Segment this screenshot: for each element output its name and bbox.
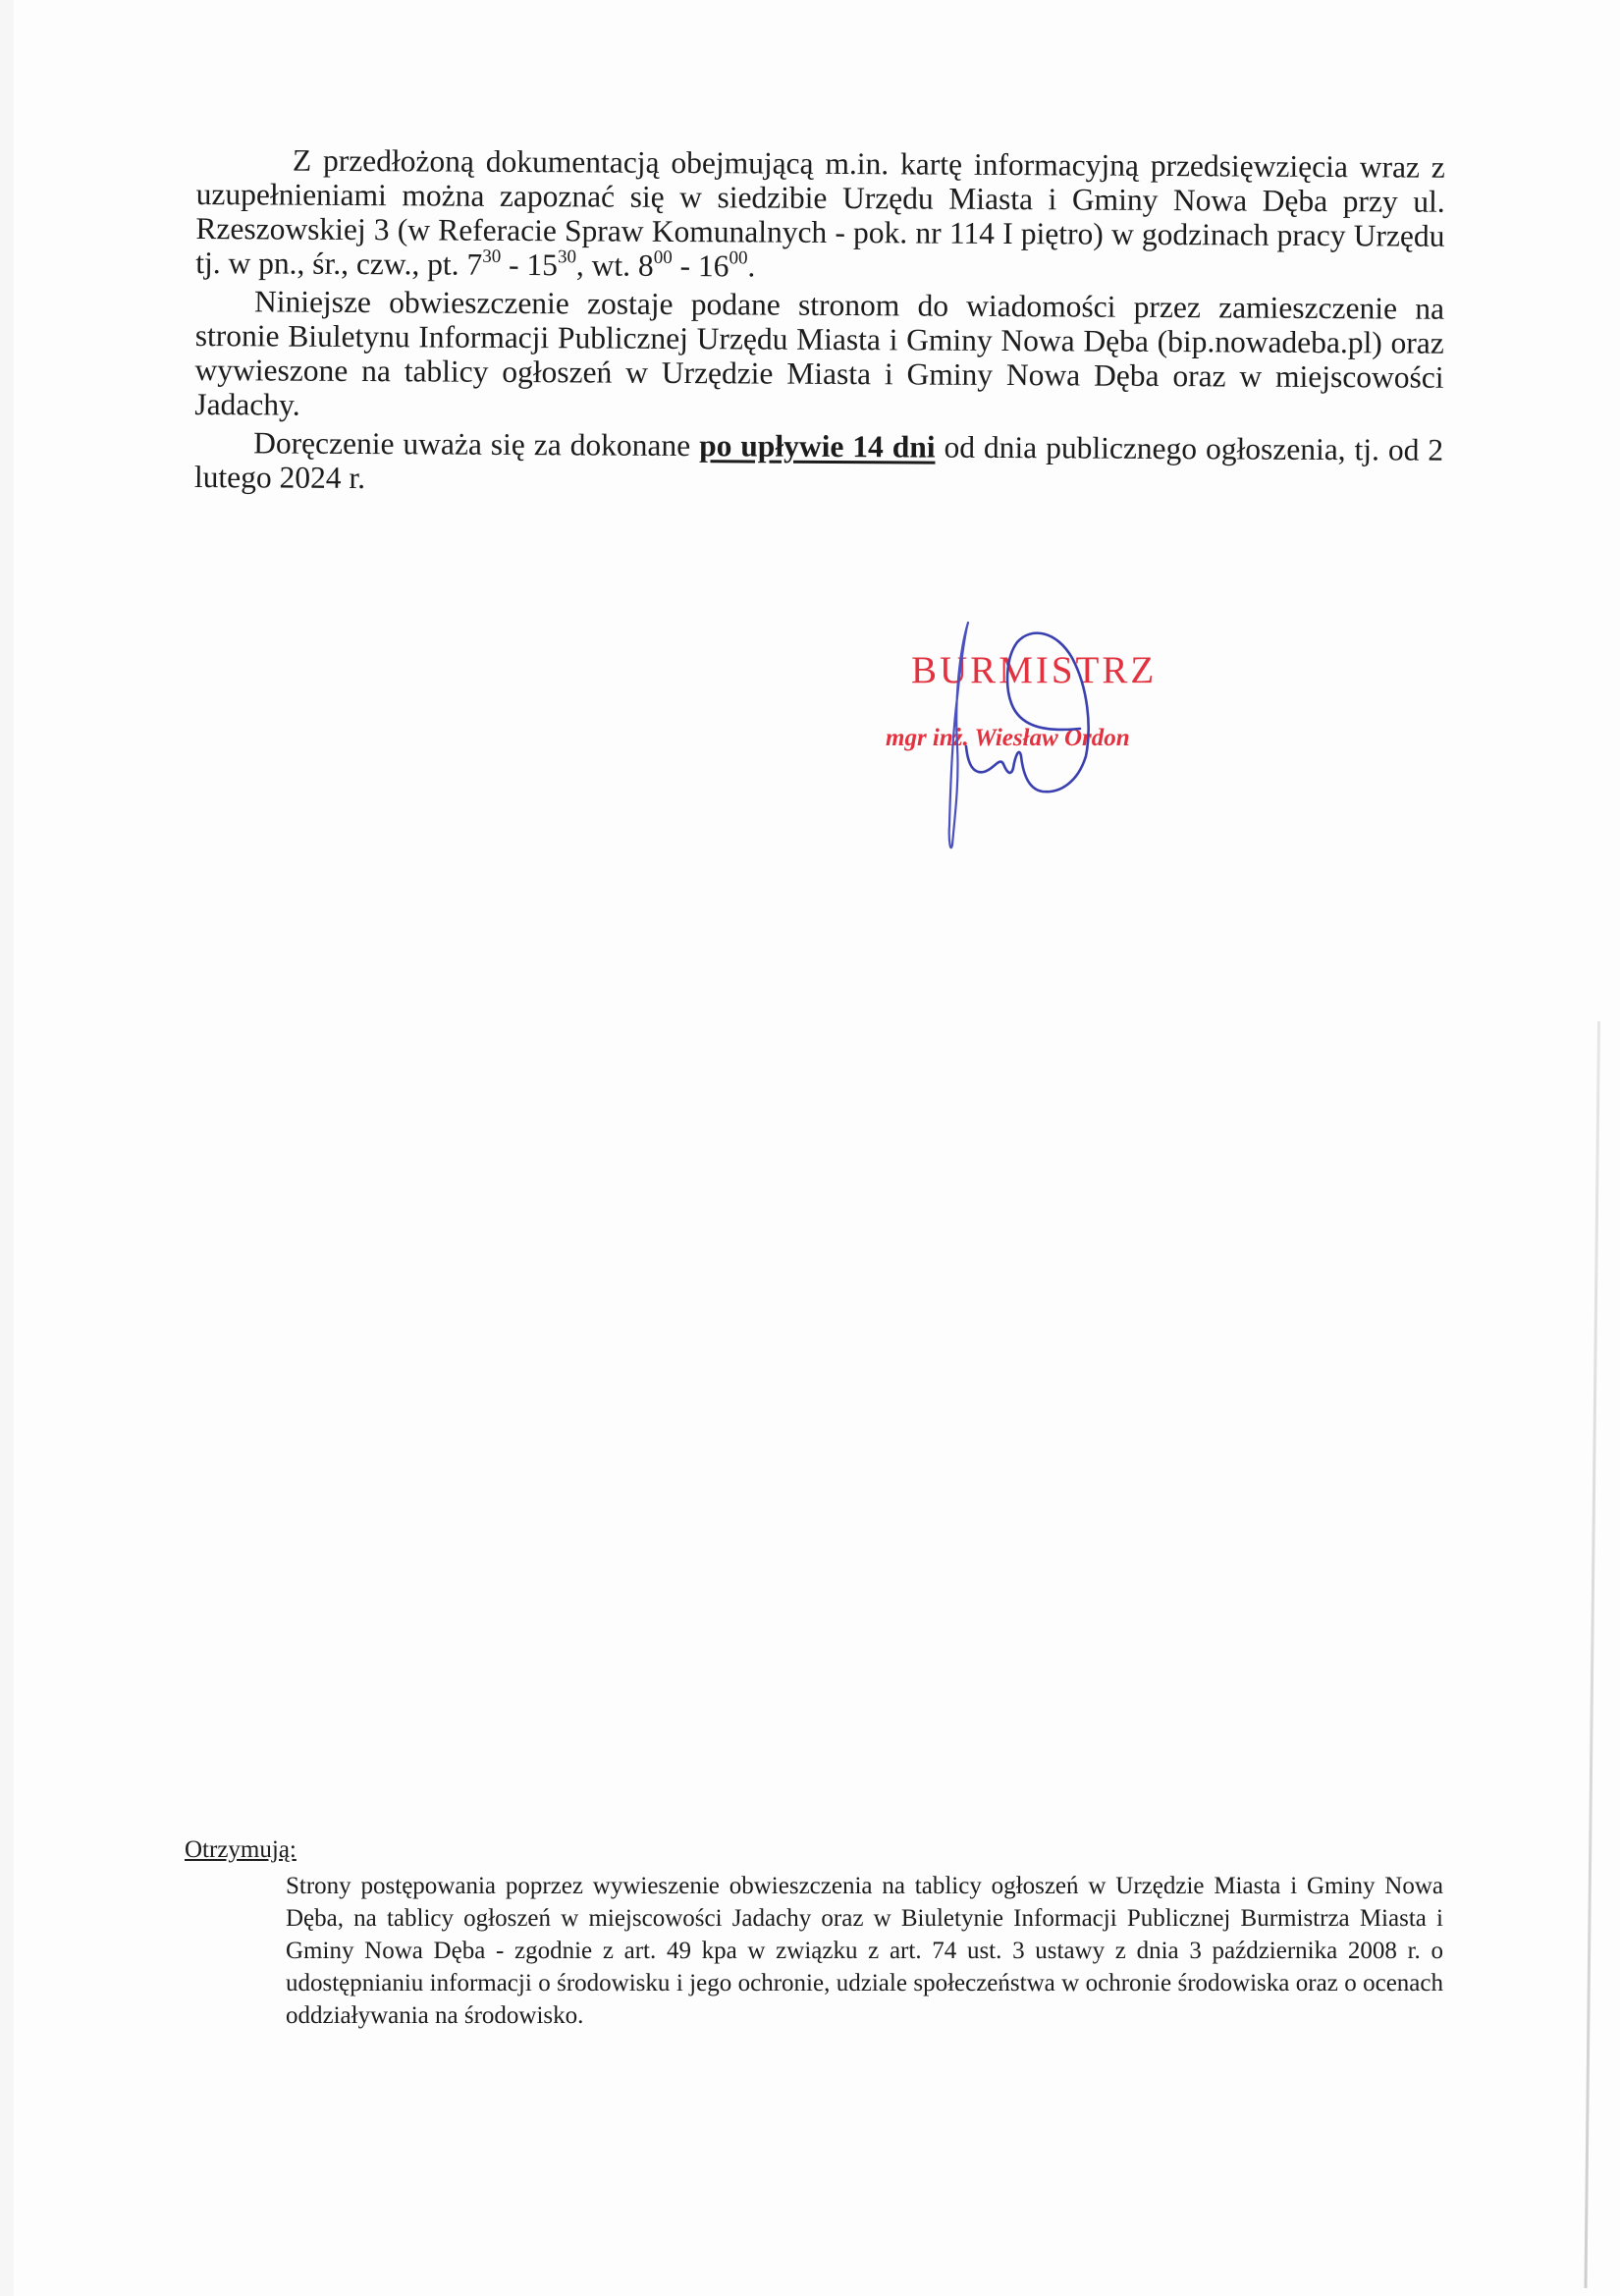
handwritten-signature-icon (864, 609, 1217, 864)
recipients-text: Strony postępowania poprzez wywieszenie … (286, 1870, 1443, 2032)
scan-left-margin (0, 0, 14, 2296)
hours-separator: - (501, 247, 526, 282)
mayor-stamp-signature: BURMISTRZ mgr inż. Wiesław Ordon (864, 609, 1217, 864)
paragraph-text: Z przedłożoną dokumentacją obejmującą m.… (195, 143, 1445, 282)
paragraph-publication: Niniejsze obwieszczenie zostaje podane s… (194, 284, 1444, 429)
hours-minutes: 00 (729, 247, 747, 268)
paragraph-documentation-access: Z przedłożoną dokumentacją obejmującą m.… (195, 142, 1445, 288)
paragraph-text: Doręczenie uważa się za dokonane (253, 425, 699, 463)
hours-value: 16 (698, 248, 729, 283)
hours-value: 8 (638, 248, 654, 283)
emphasis-deadline: po upływie 14 dni (699, 428, 936, 464)
hours-minutes: 00 (654, 247, 673, 268)
document-body: Z przedłożoną dokumentacją obejmującą m.… (194, 142, 1445, 506)
scan-edge-line (1584, 1021, 1600, 2288)
punctuation: . (747, 248, 755, 283)
recipients-section: Otrzymują: Strony postępowania poprzez w… (185, 1836, 1443, 2032)
recipients-heading: Otrzymują: (185, 1836, 1443, 1864)
hours-minutes: 30 (558, 246, 576, 267)
hours-value: 7 (466, 247, 482, 282)
document-page: Z przedłożoną dokumentacją obejmującą m.… (0, 0, 1620, 2296)
hours-separator: - (673, 248, 698, 283)
hours-minutes: 30 (482, 246, 501, 267)
hours-value: 15 (526, 247, 558, 282)
hours-day-label: , wt. (576, 247, 638, 282)
paragraph-delivery: Doręczenie uważa się za dokonane po upły… (194, 425, 1443, 502)
